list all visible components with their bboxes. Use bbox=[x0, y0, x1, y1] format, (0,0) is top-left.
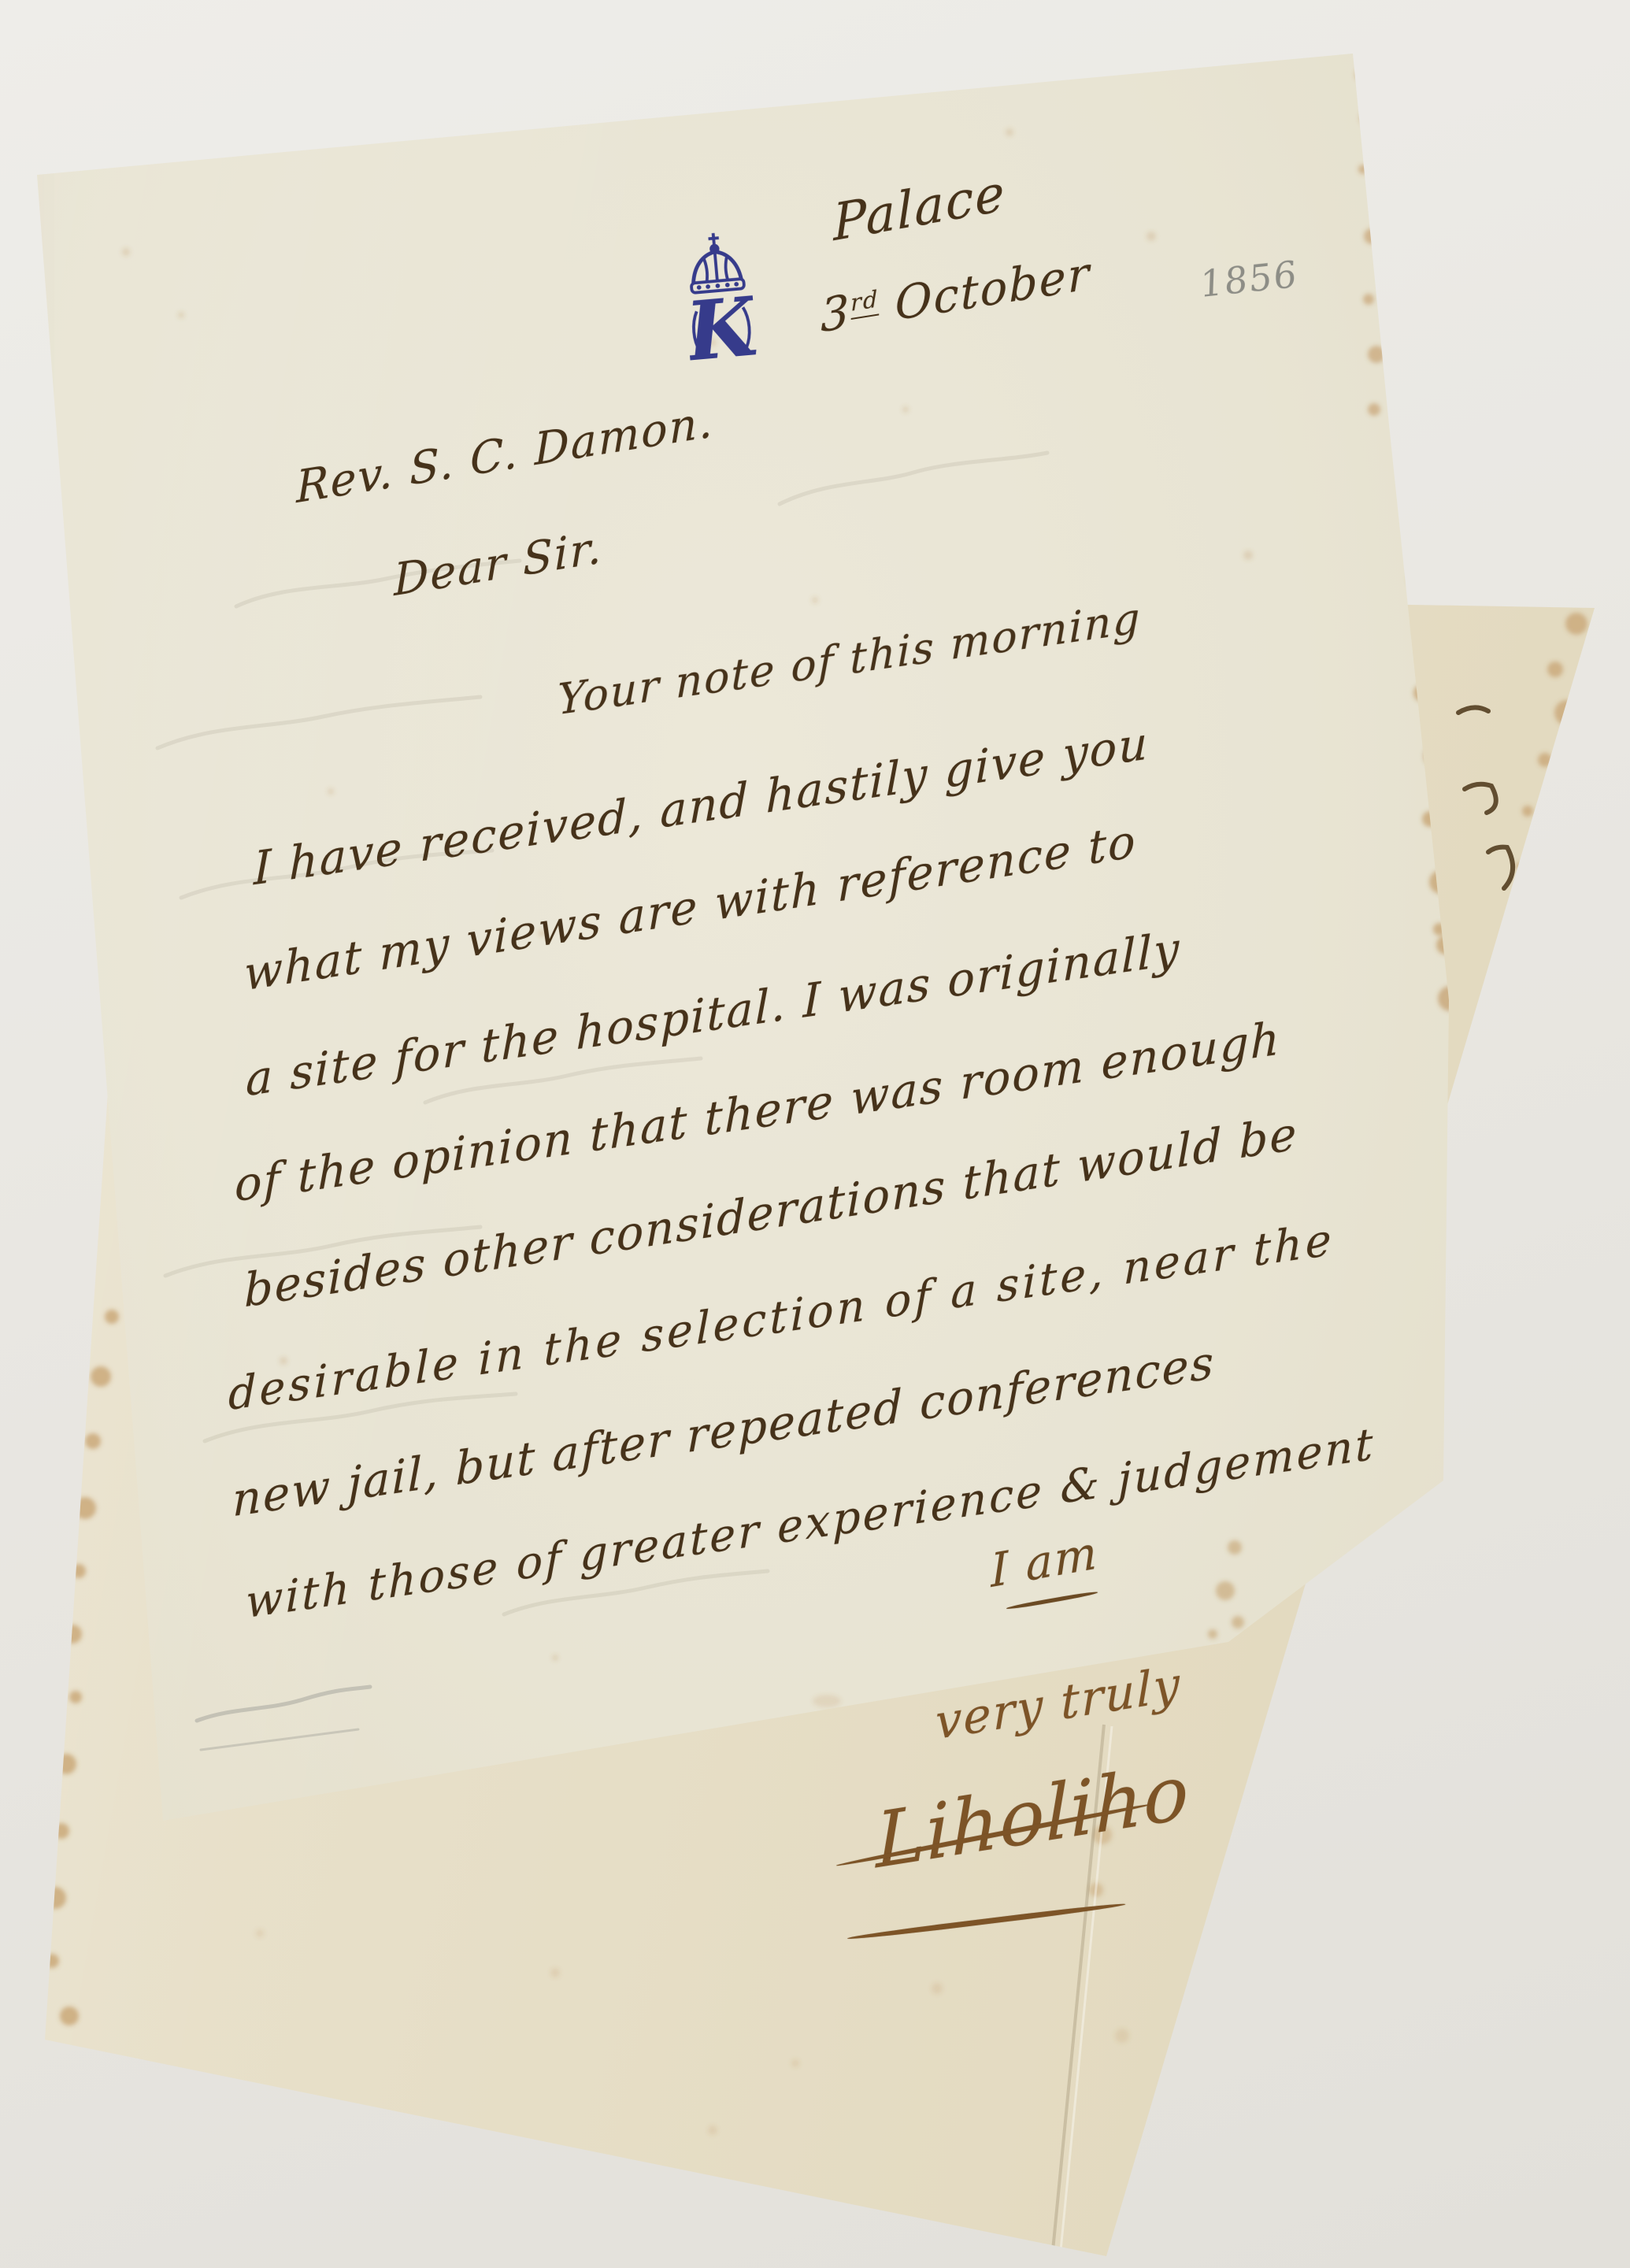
closing-i-am: I am bbox=[990, 1529, 1099, 1595]
pencil-year-annotation: 1856 bbox=[1199, 256, 1298, 302]
date-day: 3 bbox=[820, 284, 851, 343]
date-ordinal: rd bbox=[850, 285, 880, 320]
photograph-of-letter: very truly Liholiho bbox=[0, 0, 1630, 2268]
signature: Liholiho bbox=[875, 1753, 1190, 1879]
signature-underline-flourish bbox=[847, 1902, 1126, 1941]
heading-place: Palace bbox=[832, 168, 1007, 249]
body-line-1: Your note of this morning bbox=[558, 597, 1141, 722]
monogram-letter: K bbox=[680, 279, 758, 374]
salutation: Dear Sir. bbox=[394, 526, 603, 604]
heading-date: 3rd October bbox=[820, 250, 1091, 339]
i-am-underline bbox=[1006, 1591, 1098, 1610]
crowned-k-monogram-icon: K bbox=[679, 226, 758, 374]
date-month: October bbox=[895, 246, 1091, 331]
recipient-line: Rev. S. C. Damon. bbox=[296, 400, 715, 511]
